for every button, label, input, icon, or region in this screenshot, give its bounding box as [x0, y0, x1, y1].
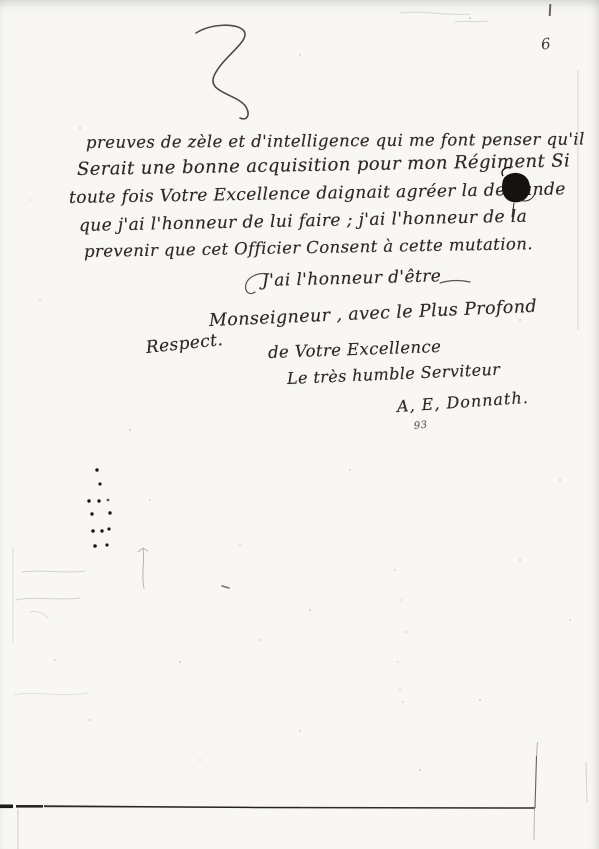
punch-dots [87, 468, 111, 548]
body-line-1: preuves de zèle et d'intelligence qui me… [86, 130, 585, 152]
body-line-5: prevenir que cet Officier Consent à cett… [84, 234, 533, 261]
scan-artifacts-layer [0, 0, 599, 849]
closing-servant-line: Le très humble Serviteur [287, 360, 501, 388]
scanned-letter-page: 6 preuves de zèle et d'intelligence qui … [0, 0, 599, 849]
bottom-scan-line [0, 742, 587, 849]
body-line-4: que j'ai l'honneur de lui faire ; j'ai l… [79, 207, 528, 236]
ink-flourish-icon [196, 25, 248, 119]
signature: A, E, Donnath. [396, 388, 529, 416]
signature-flourish-note: 93 [413, 420, 428, 432]
closing-address-line: Monseigneur , avec le Plus Profond [209, 297, 538, 331]
body-line-2: Serait une bonne acquisition pour mon Ré… [77, 150, 571, 180]
body-line-3: toute fois Votre Excellence daignait agr… [69, 179, 566, 208]
folio-number: 6 [540, 34, 552, 53]
closing-excellence-line: de Votre Excellence [268, 337, 442, 362]
closing-intro-line: J'ai l'honneur d'être [262, 266, 442, 291]
closing-respect-word: Respect. [145, 330, 224, 358]
margin-tick-mark [549, 4, 551, 16]
